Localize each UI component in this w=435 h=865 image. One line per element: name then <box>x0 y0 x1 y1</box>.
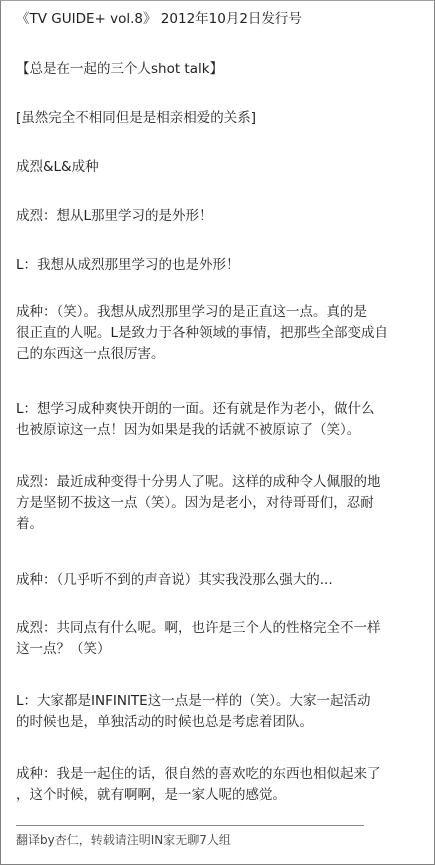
dialogue-paragraph: 成种：我是一起住的话，很自然的喜欢吃的东西也相似起来了 ，这个时候，就有啊啊，是… <box>16 764 426 806</box>
dialogue-line: 成烈：最近成种变得十分男人了呢。这样的成种令人佩服的地 <box>16 472 426 493</box>
article-subheading-text: [虽然完全不相同但是是相亲相爱的关系] <box>16 108 426 129</box>
article-subheading: [虽然完全不相同但是是相亲相爱的关系] <box>16 108 426 129</box>
issue-title-text: 《TV GUIDE+ vol.8》 2012年10月2日发行号 <box>16 9 426 30</box>
dialogue-line: ，这个时候，就有啊啊，是一家人呢的感觉。 <box>16 785 426 806</box>
dialogue-line: 着。 <box>16 514 426 535</box>
document-frame: 《TV GUIDE+ vol.8》 2012年10月2日发行号 【总是在一起的三… <box>0 0 435 865</box>
dialogue-line: 成种：（几乎听不到的声音说）其实我没那么强大的... <box>16 570 426 591</box>
dialogue-line: 很正直的人呢。L是致力于各种领域的事情，把那些全部变成自 <box>16 323 426 344</box>
dialogue-line: L：大家都是INFINITE这一点是一样的（笑）。大家一起活动 <box>16 691 426 712</box>
dialogue-paragraph: 成种：（几乎听不到的声音说）其实我没那么强大的... <box>16 570 426 591</box>
dialogue-paragraph: 成烈：最近成种变得十分男人了呢。这样的成种令人佩服的地 方是坚韧不拔这一点（笑）… <box>16 472 426 535</box>
dialogue-paragraph: L：大家都是INFINITE这一点是一样的（笑）。大家一起活动 的时候也是，单独… <box>16 691 426 733</box>
dialogue-line: L：想学习成种爽快开朗的一面。还有就是作为老小，做什么 <box>16 399 426 420</box>
dialogue-line: 成烈：共同点有什么呢。啊，也许是三个人的性格完全不一样 <box>16 618 426 639</box>
dialogue-line: 成种：我是一起住的话，很自然的喜欢吃的东西也相似起来了 <box>16 764 426 785</box>
dialogue-paragraph: 成烈：想从L那里学习的是外形！ <box>16 206 426 227</box>
article-heading-text: 【总是在一起的三个人shot talk】 <box>16 59 426 80</box>
members-line: 成烈&L&成种 <box>16 157 426 178</box>
dialogue-line: 成种：（笑）。我想从成烈那里学习的是正直这一点。真的是 <box>16 302 426 323</box>
article-heading: 【总是在一起的三个人shot talk】 <box>16 59 426 80</box>
members-text: 成烈&L&成种 <box>16 157 426 178</box>
dialogue-line: 方是坚韧不拔这一点（笑）。因为是老小，对待哥哥们，忍耐 <box>16 493 426 514</box>
dialogue-paragraph: L：我想从成烈那里学习的也是外形！ <box>16 255 426 276</box>
dialogue-line: 的时候也是，单独活动的时候也总是考虑着团队。 <box>16 712 426 733</box>
footer-divider <box>16 825 364 826</box>
dialogue-paragraph: 成烈：共同点有什么呢。啊，也许是三个人的性格完全不一样 这一点？（笑） <box>16 618 426 660</box>
dialogue-line: 这一点？（笑） <box>16 639 426 660</box>
dialogue-line: 己的东西这一点很厉害。 <box>16 344 426 365</box>
translation-credit: 翻译by杏仁，转载请注明IN家无聊7人组 <box>16 831 231 849</box>
issue-title: 《TV GUIDE+ vol.8》 2012年10月2日发行号 <box>16 9 426 30</box>
dialogue-line: L：我想从成烈那里学习的也是外形！ <box>16 255 426 276</box>
dialogue-line: 也被原谅这一点！因为如果是我的话就不被原谅了（笑）。 <box>16 420 426 441</box>
dialogue-line: 成烈：想从L那里学习的是外形！ <box>16 206 426 227</box>
dialogue-paragraph: 成种：（笑）。我想从成烈那里学习的是正直这一点。真的是 很正直的人呢。L是致力于… <box>16 302 426 365</box>
dialogue-paragraph: L：想学习成种爽快开朗的一面。还有就是作为老小，做什么 也被原谅这一点！因为如果… <box>16 399 426 441</box>
